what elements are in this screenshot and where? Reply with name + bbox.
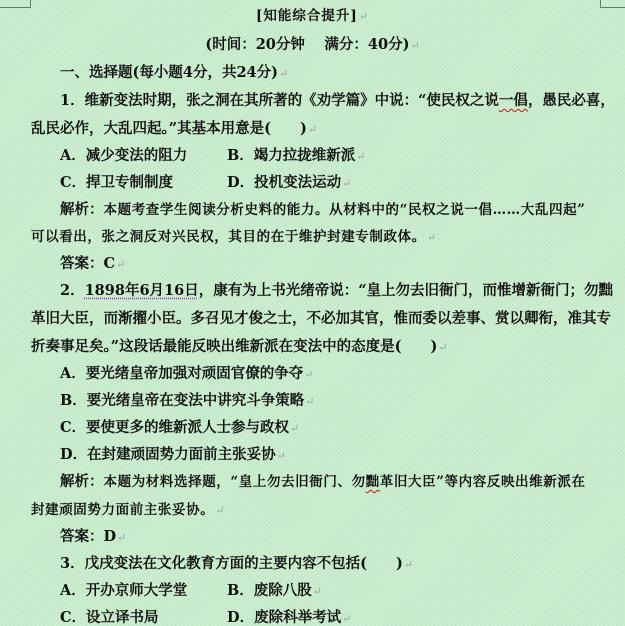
paragraph-mark-icon: ↵: [359, 10, 369, 23]
question-1-options-row-1: A．减少变法的阻力 B．竭力拉拢维新派↵: [0, 142, 625, 169]
question-1-stem: 1．维新变法时期，张之洞在其所著的《劝学篇》中说：“使民权之说一倡，愚民必喜，: [0, 87, 625, 114]
section-heading: 一、选择题(每小题4分，共24分)↵: [0, 59, 625, 86]
question-3-options-row-1: A．开办京师大学堂 B．废除八股↵: [0, 577, 625, 604]
option-a: A．要光绪皇帝加强对顽固官僚的争夺↵: [0, 360, 625, 387]
analysis-label: 解析：: [60, 473, 104, 490]
question-1-answer: 答案：C↵: [0, 250, 625, 277]
option-d: D．废除科举考试↵: [227, 604, 351, 626]
question-2-analysis: 解析：本题为材料选择题，“皇上勿去旧衙门、勿黜革旧大臣”等内容反映出维新派在: [0, 468, 625, 495]
question-2-stem-cont-1: 革旧大臣，而渐擢小臣。多召见才俊之士，不必加其官，惟而委以差事、赏以卿衔，准其专: [0, 305, 625, 332]
paragraph-mark-icon: ↵: [313, 585, 322, 598]
spellcheck-word[interactable]: 一倡: [499, 92, 528, 109]
paragraph-mark-icon: ↵: [427, 231, 436, 244]
paragraph-mark-icon: ↵: [117, 531, 126, 544]
paragraph-mark-icon: ↵: [279, 67, 288, 80]
option-d: D．投机变法运动↵: [227, 169, 351, 197]
paragraph-mark-icon: ↵: [116, 258, 125, 271]
paragraph-mark-icon: ↵: [342, 177, 351, 190]
grammar-flagged-date[interactable]: 1898年6月16日: [85, 282, 199, 299]
question-2-analysis-cont: 封建顽固势力面前主张妥协。↵: [0, 496, 625, 523]
question-2-stem: 2．1898年6月16日，康有为上书光绪帝说：“皇上勿去旧衙门，而惟增新衙门；勿…: [0, 277, 625, 304]
option-d: D．在封建顽固势力面前主张妥协↵: [0, 441, 625, 468]
question-2-answer: 答案：D↵: [0, 523, 625, 550]
paragraph-mark-icon: ↵: [308, 123, 317, 136]
option-b: B．废除八股↵: [227, 577, 322, 605]
paragraph-mark-icon: ↵: [410, 39, 419, 52]
option-c: C．捍卫专制制度: [60, 169, 173, 196]
option-c: C．设立译书局: [60, 604, 159, 626]
analysis-label: 解析：: [60, 201, 104, 218]
document-title: [知能综合提升]↵: [0, 3, 625, 30]
paragraph-mark-icon: ↵: [356, 150, 365, 163]
paragraph-mark-icon: ↵: [304, 368, 313, 381]
question-3-options-row-2: C．设立译书局 D．废除科举考试↵: [0, 604, 625, 626]
option-a: A．减少变法的阻力: [60, 142, 187, 169]
question-1-analysis-cont: 可以看出，张之洞反对兴民权，其目的在于维护封建专制政体。↵: [0, 223, 625, 250]
paragraph-mark-icon: ↵: [305, 395, 314, 408]
option-b: B．要光绪皇帝在变法中讲究斗争策略↵: [0, 387, 625, 414]
paragraph-mark-icon: ↵: [342, 612, 351, 625]
question-2-stem-cont-2: 折奏事足矣。”这段话最能反映出维新派在变法中的态度是( )↵: [0, 333, 625, 360]
question-3-stem: 3．戊戌变法在文化教育方面的主要内容不包括( )↵: [0, 550, 625, 577]
time-info: (时间：20分钟 满分：40分)↵: [0, 31, 625, 58]
option-b: B．竭力拉拢维新派↵: [227, 142, 365, 170]
question-1-analysis: 解析：本题考查学生阅读分析史料的能力。从材料中的“民权之说一倡……大乱四起”: [0, 196, 625, 223]
option-c: C．要使更多的维新派人士参与政权↵: [0, 414, 625, 441]
paragraph-mark-icon: ↵: [404, 558, 413, 571]
paragraph-mark-icon: ↵: [277, 449, 286, 462]
paragraph-mark-icon: ↵: [215, 504, 224, 517]
spellcheck-word[interactable]: 黜: [366, 474, 380, 490]
option-a: A．开办京师大学堂: [60, 577, 187, 604]
question-1-options-row-2: C．捍卫专制制度 D．投机变法运动↵: [0, 169, 625, 196]
paragraph-mark-icon: ↵: [438, 341, 447, 354]
question-1-stem-cont: 乱民必作，大乱四起。”其基本用意是( )↵: [0, 115, 625, 142]
paragraph-mark-icon: ↵: [290, 422, 299, 435]
